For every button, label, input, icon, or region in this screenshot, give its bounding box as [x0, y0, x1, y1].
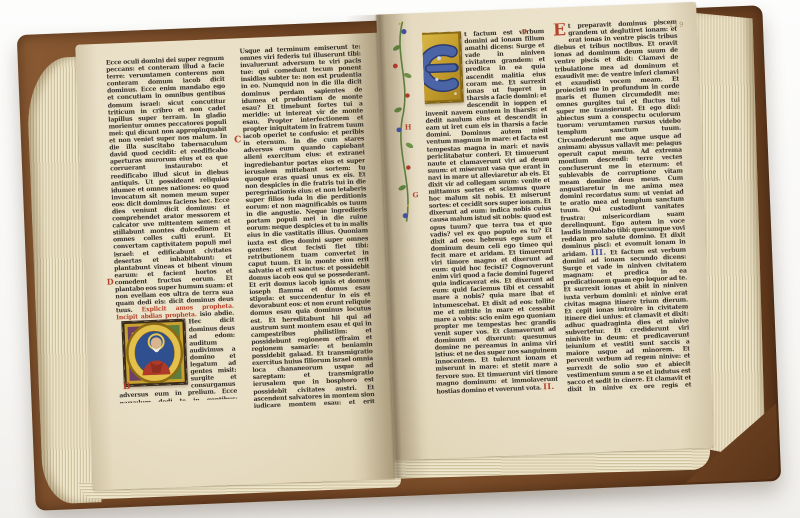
chapred-segment: II.: [543, 381, 555, 391]
chapblue-segment: III.: [591, 247, 607, 258]
text-column-left-1: Ecce oculi domini dei super regnum pecca…: [106, 55, 238, 403]
historiated-initial-miniature: [122, 320, 187, 386]
prophet-miniature-art: [122, 320, 187, 386]
margin-initial-c: C: [234, 136, 241, 144]
illuminated-initial-art: [422, 31, 463, 103]
text-column-right-2: Et preparavit dominus piscem grandem ut …: [553, 19, 692, 394]
open-book: Ecce oculi domini dei super regnum pecca…: [17, 5, 782, 511]
quire-signature-b: B: [123, 383, 131, 391]
lombard-segment: E: [553, 23, 567, 38]
text-segment: t preparavit dominus piscem grandem ut d…: [554, 19, 686, 259]
text-column-left-2: Usque ad terminum emiserunt te: omnes vi…: [239, 43, 374, 408]
folio-number: 119: [669, 20, 685, 29]
illuminated-initial-E: [422, 31, 463, 103]
manuscript-photo: Ecce oculi domini dei super regnum pecca…: [0, 0, 800, 518]
text-segment: Usque ad terminum emiserunt te: omnes vi…: [239, 43, 374, 408]
margin-guide-letter-p: p: [522, 27, 527, 35]
text-segment: Et factum est verbum domini ad ionam sec…: [562, 246, 691, 393]
margin-guide-letter-g: G: [412, 191, 418, 199]
text-column-right-1: t factum est verbum domini ad ionam fili…: [422, 28, 559, 403]
text-segment: Ecce oculi domini dei super regnum pecca…: [106, 55, 234, 315]
margin-guide-letter-d: D: [107, 277, 114, 285]
margin-guide-letter-h: H: [405, 123, 412, 131]
